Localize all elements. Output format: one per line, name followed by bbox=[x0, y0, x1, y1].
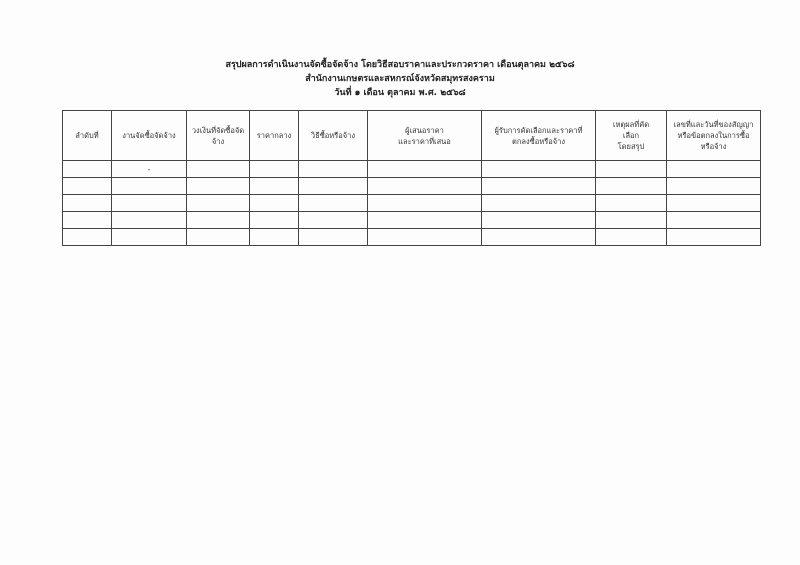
document-title: สรุปผลการดำเนินงานจัดซื้อจัดจ้าง โดยวิธี… bbox=[0, 58, 800, 72]
table-cell bbox=[596, 195, 667, 212]
table-cell bbox=[368, 229, 482, 246]
table-cell bbox=[482, 212, 596, 229]
column-header: วงเงินที่จัดซื้อจัดจ้าง bbox=[187, 111, 250, 161]
table-cell bbox=[250, 229, 299, 246]
table-cell bbox=[667, 161, 761, 178]
table-row bbox=[63, 212, 761, 229]
table-cell bbox=[250, 212, 299, 229]
column-header: ลำดับที่ bbox=[63, 111, 112, 161]
table-cell bbox=[482, 195, 596, 212]
table-header-row: ลำดับที่งานจัดซื้อจัดจ้างวงเงินที่จัดซื้… bbox=[63, 111, 761, 161]
office-name: สำนักงานเกษตรและสหกรณ์จังหวัดสมุทรสงคราม bbox=[0, 72, 800, 86]
table-cell bbox=[299, 161, 368, 178]
document-date: วันที่ ๑ เดือน ตุลาคม พ.ศ. ๒๕๖๘ bbox=[0, 86, 800, 100]
table-cell bbox=[596, 229, 667, 246]
table-row: - bbox=[63, 161, 761, 178]
table-cell bbox=[299, 212, 368, 229]
column-header: งานจัดซื้อจัดจ้าง bbox=[112, 111, 187, 161]
table-row bbox=[63, 195, 761, 212]
table-cell bbox=[482, 229, 596, 246]
table-cell bbox=[187, 212, 250, 229]
table-cell bbox=[63, 212, 112, 229]
table-cell bbox=[368, 161, 482, 178]
procurement-summary-table: ลำดับที่งานจัดซื้อจัดจ้างวงเงินที่จัดซื้… bbox=[62, 110, 761, 246]
table-cell bbox=[667, 195, 761, 212]
table-cell bbox=[667, 212, 761, 229]
table-cell bbox=[368, 178, 482, 195]
table-cell bbox=[63, 161, 112, 178]
table-cell bbox=[112, 212, 187, 229]
table-cell bbox=[63, 195, 112, 212]
table-cell bbox=[63, 229, 112, 246]
column-header: เลขที่และวันที่ของสัญญาหรือข้อตกลงในการซ… bbox=[667, 111, 761, 161]
column-header: เหตุผลที่คัดเลือก โดยสรุป bbox=[596, 111, 667, 161]
table-cell bbox=[112, 195, 187, 212]
table-cell bbox=[482, 178, 596, 195]
table-cell bbox=[63, 178, 112, 195]
table-cell bbox=[187, 195, 250, 212]
column-header: ผู้เสนอราคา และราคาที่เสนอ bbox=[368, 111, 482, 161]
column-header: วิธีซื้อหรือจ้าง bbox=[299, 111, 368, 161]
table-cell bbox=[299, 178, 368, 195]
table-cell bbox=[112, 229, 187, 246]
table-cell bbox=[299, 229, 368, 246]
table-cell bbox=[368, 195, 482, 212]
table-cell bbox=[667, 178, 761, 195]
table-cell bbox=[187, 178, 250, 195]
table-cell bbox=[368, 212, 482, 229]
table-cell bbox=[667, 229, 761, 246]
table-cell bbox=[187, 161, 250, 178]
table-cell bbox=[596, 212, 667, 229]
table-cell bbox=[250, 195, 299, 212]
table-cell bbox=[250, 161, 299, 178]
table-cell bbox=[596, 161, 667, 178]
table-cell bbox=[112, 178, 187, 195]
table-row bbox=[63, 178, 761, 195]
column-header: ราคากลาง bbox=[250, 111, 299, 161]
table-cell bbox=[250, 178, 299, 195]
table-row bbox=[63, 229, 761, 246]
table-cell bbox=[299, 195, 368, 212]
table-cell bbox=[187, 229, 250, 246]
table-cell: - bbox=[112, 161, 187, 178]
table-cell bbox=[596, 178, 667, 195]
column-header: ผู้รับการคัดเลือกและราคาที่ตกลงซื้อหรือจ… bbox=[482, 111, 596, 161]
table-cell bbox=[482, 161, 596, 178]
